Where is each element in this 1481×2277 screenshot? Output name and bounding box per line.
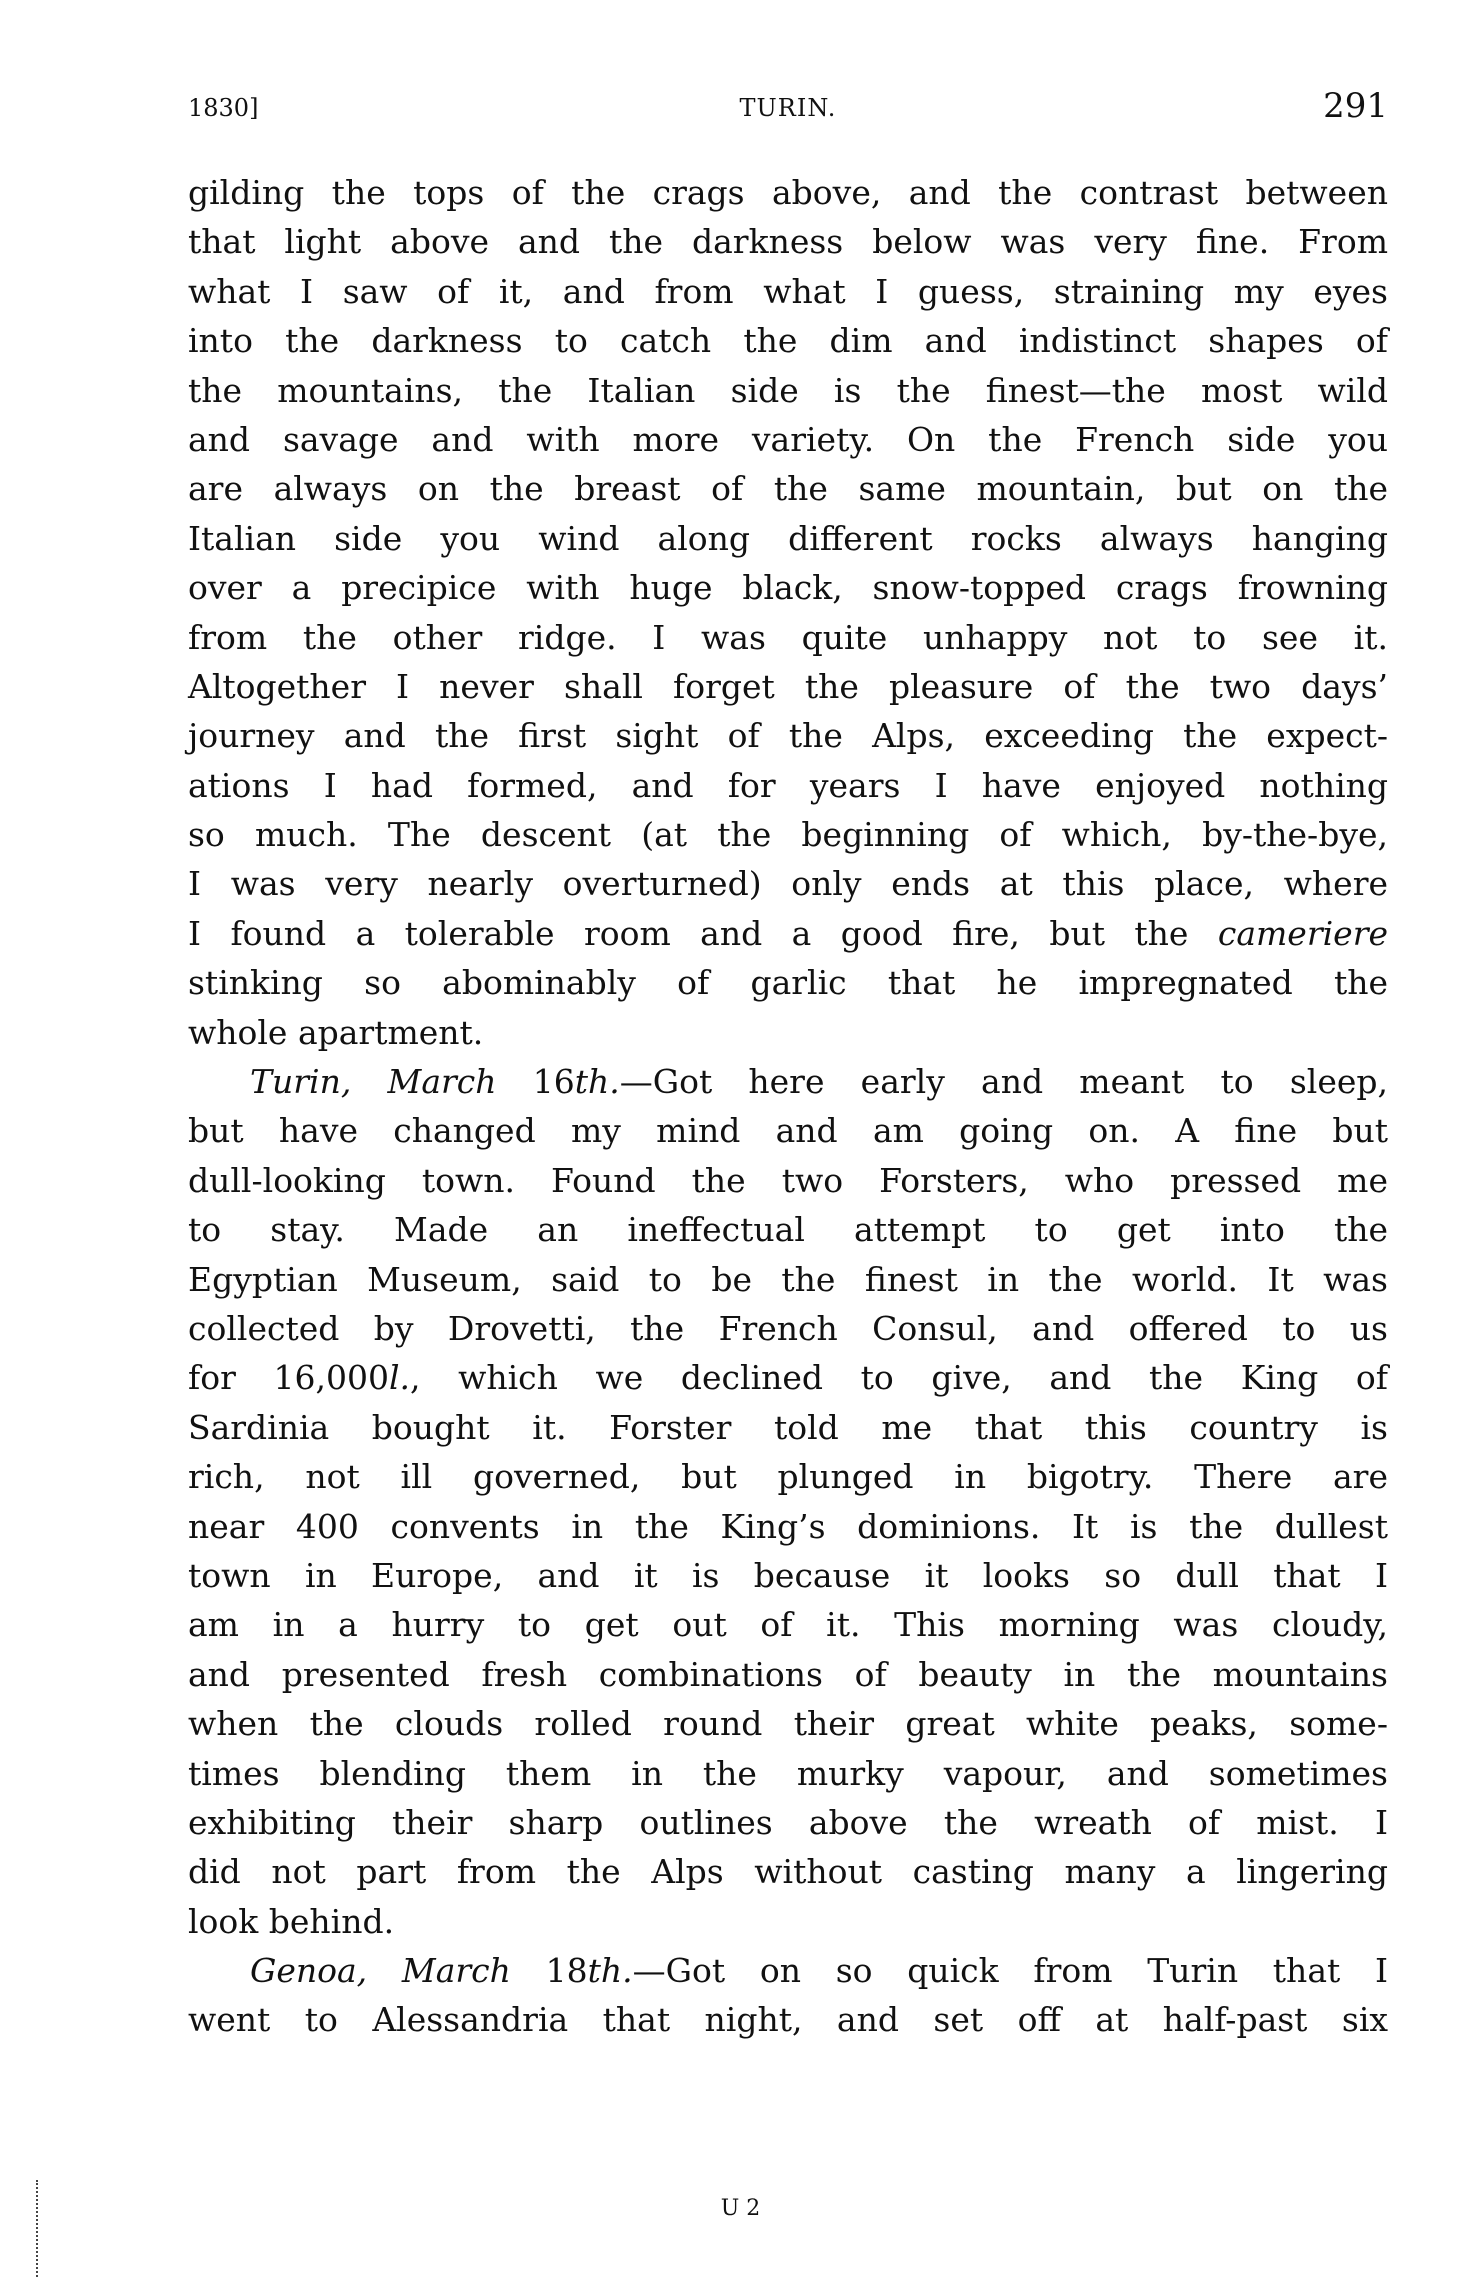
text-line: so much. The descent (at the beginning o… (188, 810, 1388, 859)
text-line: times blending them in the murky vapour,… (188, 1749, 1388, 1798)
text-line: the mountains, the Italian side is the f… (188, 366, 1388, 415)
text-line: I found a tolerable room and a good fire… (188, 909, 1388, 958)
text-line: when the clouds rolled round their great… (188, 1699, 1388, 1748)
text-line: gilding the tops of the crags above, and… (188, 168, 1388, 217)
text-line: are always on the breast of the same mou… (188, 464, 1388, 513)
scan-margin-artifact (36, 2180, 41, 2277)
text-line: Sardinia bought it. Forster told me that… (188, 1403, 1388, 1452)
text-line: am in a hurry to get out of it. This mor… (188, 1600, 1388, 1649)
text-line: for 16,000l., which we declined to give,… (188, 1353, 1388, 1402)
text-line: I was very nearly overturned) only ends … (188, 859, 1388, 908)
text-line: did not part from the Alps without casti… (188, 1847, 1388, 1896)
header-title: TURIN. (188, 94, 1388, 122)
text-line: over a precipice with huge black, snow-t… (188, 563, 1388, 612)
text-line: to stay. Made an ineffectual attempt to … (188, 1205, 1388, 1254)
text-line: what I saw of it, and from what I guess,… (188, 267, 1388, 316)
text-line: stinking so abominably of garlic that he… (188, 958, 1388, 1007)
text-line: Genoa, March 18th.—Got on so quick from … (188, 1946, 1388, 1995)
text-line: look behind. (188, 1897, 1388, 1946)
text-line: town in Europe, and it is because it loo… (188, 1551, 1388, 1600)
text-line: that light above and the darkness below … (188, 217, 1388, 266)
page-body-text: gilding the tops of the crags above, and… (188, 168, 1388, 2045)
text-line: whole apartment. (188, 1008, 1388, 1057)
text-line: ations I had formed, and for years I hav… (188, 761, 1388, 810)
text-line: dull-looking town. Found the two Forster… (188, 1156, 1388, 1205)
text-line: near 400 convents in the King’s dominion… (188, 1502, 1388, 1551)
page-number: 291 (1323, 86, 1388, 126)
signature-mark: U 2 (0, 2196, 1481, 2221)
text-line: into the darkness to catch the dim and i… (188, 316, 1388, 365)
text-line: from the other ridge. I was quite unhapp… (188, 613, 1388, 662)
text-line: but have changed my mind and am going on… (188, 1106, 1388, 1155)
text-line: and presented fresh combinations of beau… (188, 1650, 1388, 1699)
running-header: 1830] TURIN. 291 (188, 86, 1388, 126)
text-line: went to Alessandria that night, and set … (188, 1995, 1388, 2044)
text-line: collected by Drovetti, the French Consul… (188, 1304, 1388, 1353)
text-line: journey and the first sight of the Alps,… (188, 711, 1388, 760)
text-line: Turin, March 16th.—Got here early and me… (188, 1057, 1388, 1106)
text-line: and savage and with more variety. On the… (188, 415, 1388, 464)
text-line: Egyptian Museum, said to be the finest i… (188, 1255, 1388, 1304)
text-line: rich, not ill governed, but plunged in b… (188, 1452, 1388, 1501)
text-line: Italian side you wind along different ro… (188, 514, 1388, 563)
text-line: Altogether I never shall forget the plea… (188, 662, 1388, 711)
text-line: exhibiting their sharp outlines above th… (188, 1798, 1388, 1847)
